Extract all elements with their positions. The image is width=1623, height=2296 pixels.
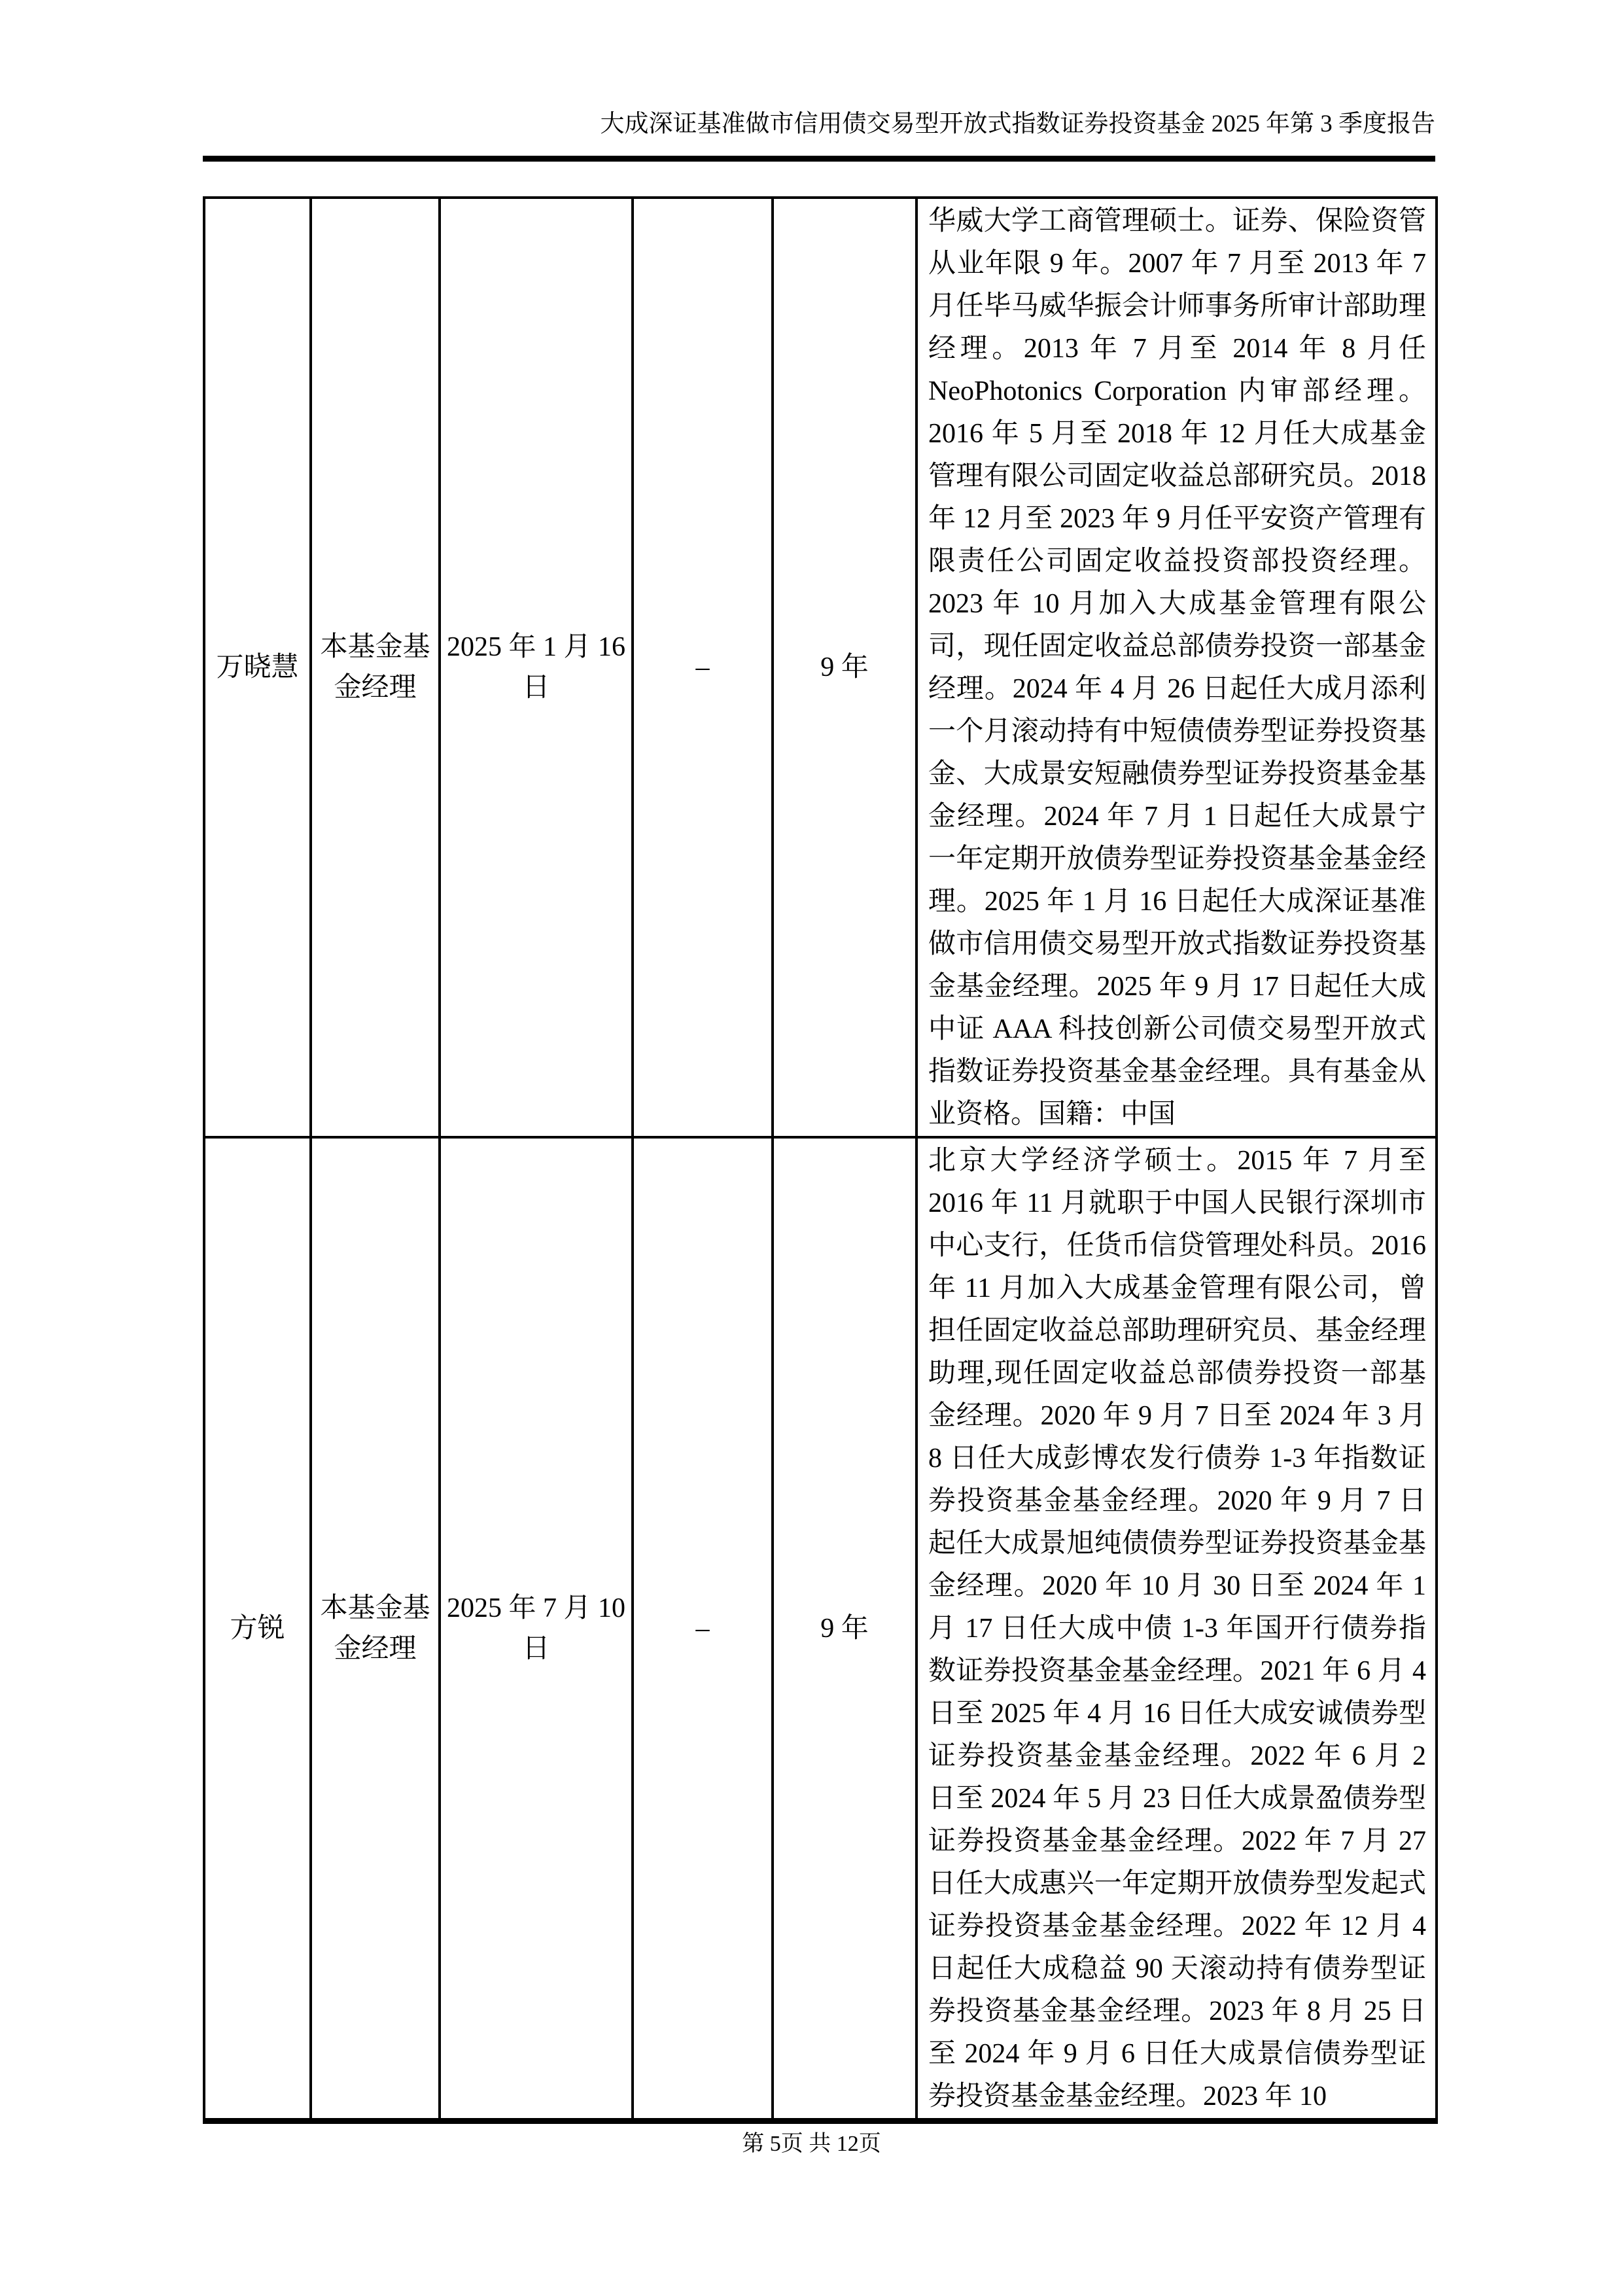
departure-date-cell: –: [633, 1137, 773, 2121]
experience-years-cell: 9 年: [773, 1137, 916, 2121]
manager-row: 方锐 本基金基金经理 2025 年 7 月 10 日 – 9 年 北京大学经济学…: [204, 1137, 1437, 2121]
fund-manager-table: 万晓慧 本基金基金经理 2025 年 1 月 16 日 – 9 年 华威大学工商…: [203, 196, 1438, 2124]
page-footer: 第 5页 共 12页: [0, 2129, 1623, 2159]
manager-bio-cell: 北京大学经济学硕士。2015 年 7 月至 2016 年 11 月就职于中国人民…: [916, 1137, 1437, 2121]
manager-name-cell: 方锐: [204, 1137, 311, 2121]
manager-bio-cell: 华威大学工商管理硕士。证券、保险资管从业年限 9 年。2007 年 7 月至 2…: [916, 198, 1437, 1137]
manager-position-cell: 本基金基金经理: [311, 1137, 440, 2121]
manager-position-cell: 本基金基金经理: [311, 198, 440, 1137]
appointment-date-cell: 2025 年 7 月 10 日: [440, 1137, 633, 2121]
header-rule: [203, 156, 1435, 162]
experience-years-cell: 9 年: [773, 198, 916, 1137]
departure-date-cell: –: [633, 198, 773, 1137]
appointment-date-cell: 2025 年 1 月 16 日: [440, 198, 633, 1137]
page-header-title: 大成深证基准做市信用债交易型开放式指数证券投资基金 2025 年第 3 季度报告: [203, 108, 1435, 141]
manager-name-cell: 万晓慧: [204, 198, 311, 1137]
report-page: { "header": { "title": "大成深证基准做市信用债交易型开放…: [0, 0, 1623, 2296]
manager-row: 万晓慧 本基金基金经理 2025 年 1 月 16 日 – 9 年 华威大学工商…: [204, 198, 1437, 1137]
